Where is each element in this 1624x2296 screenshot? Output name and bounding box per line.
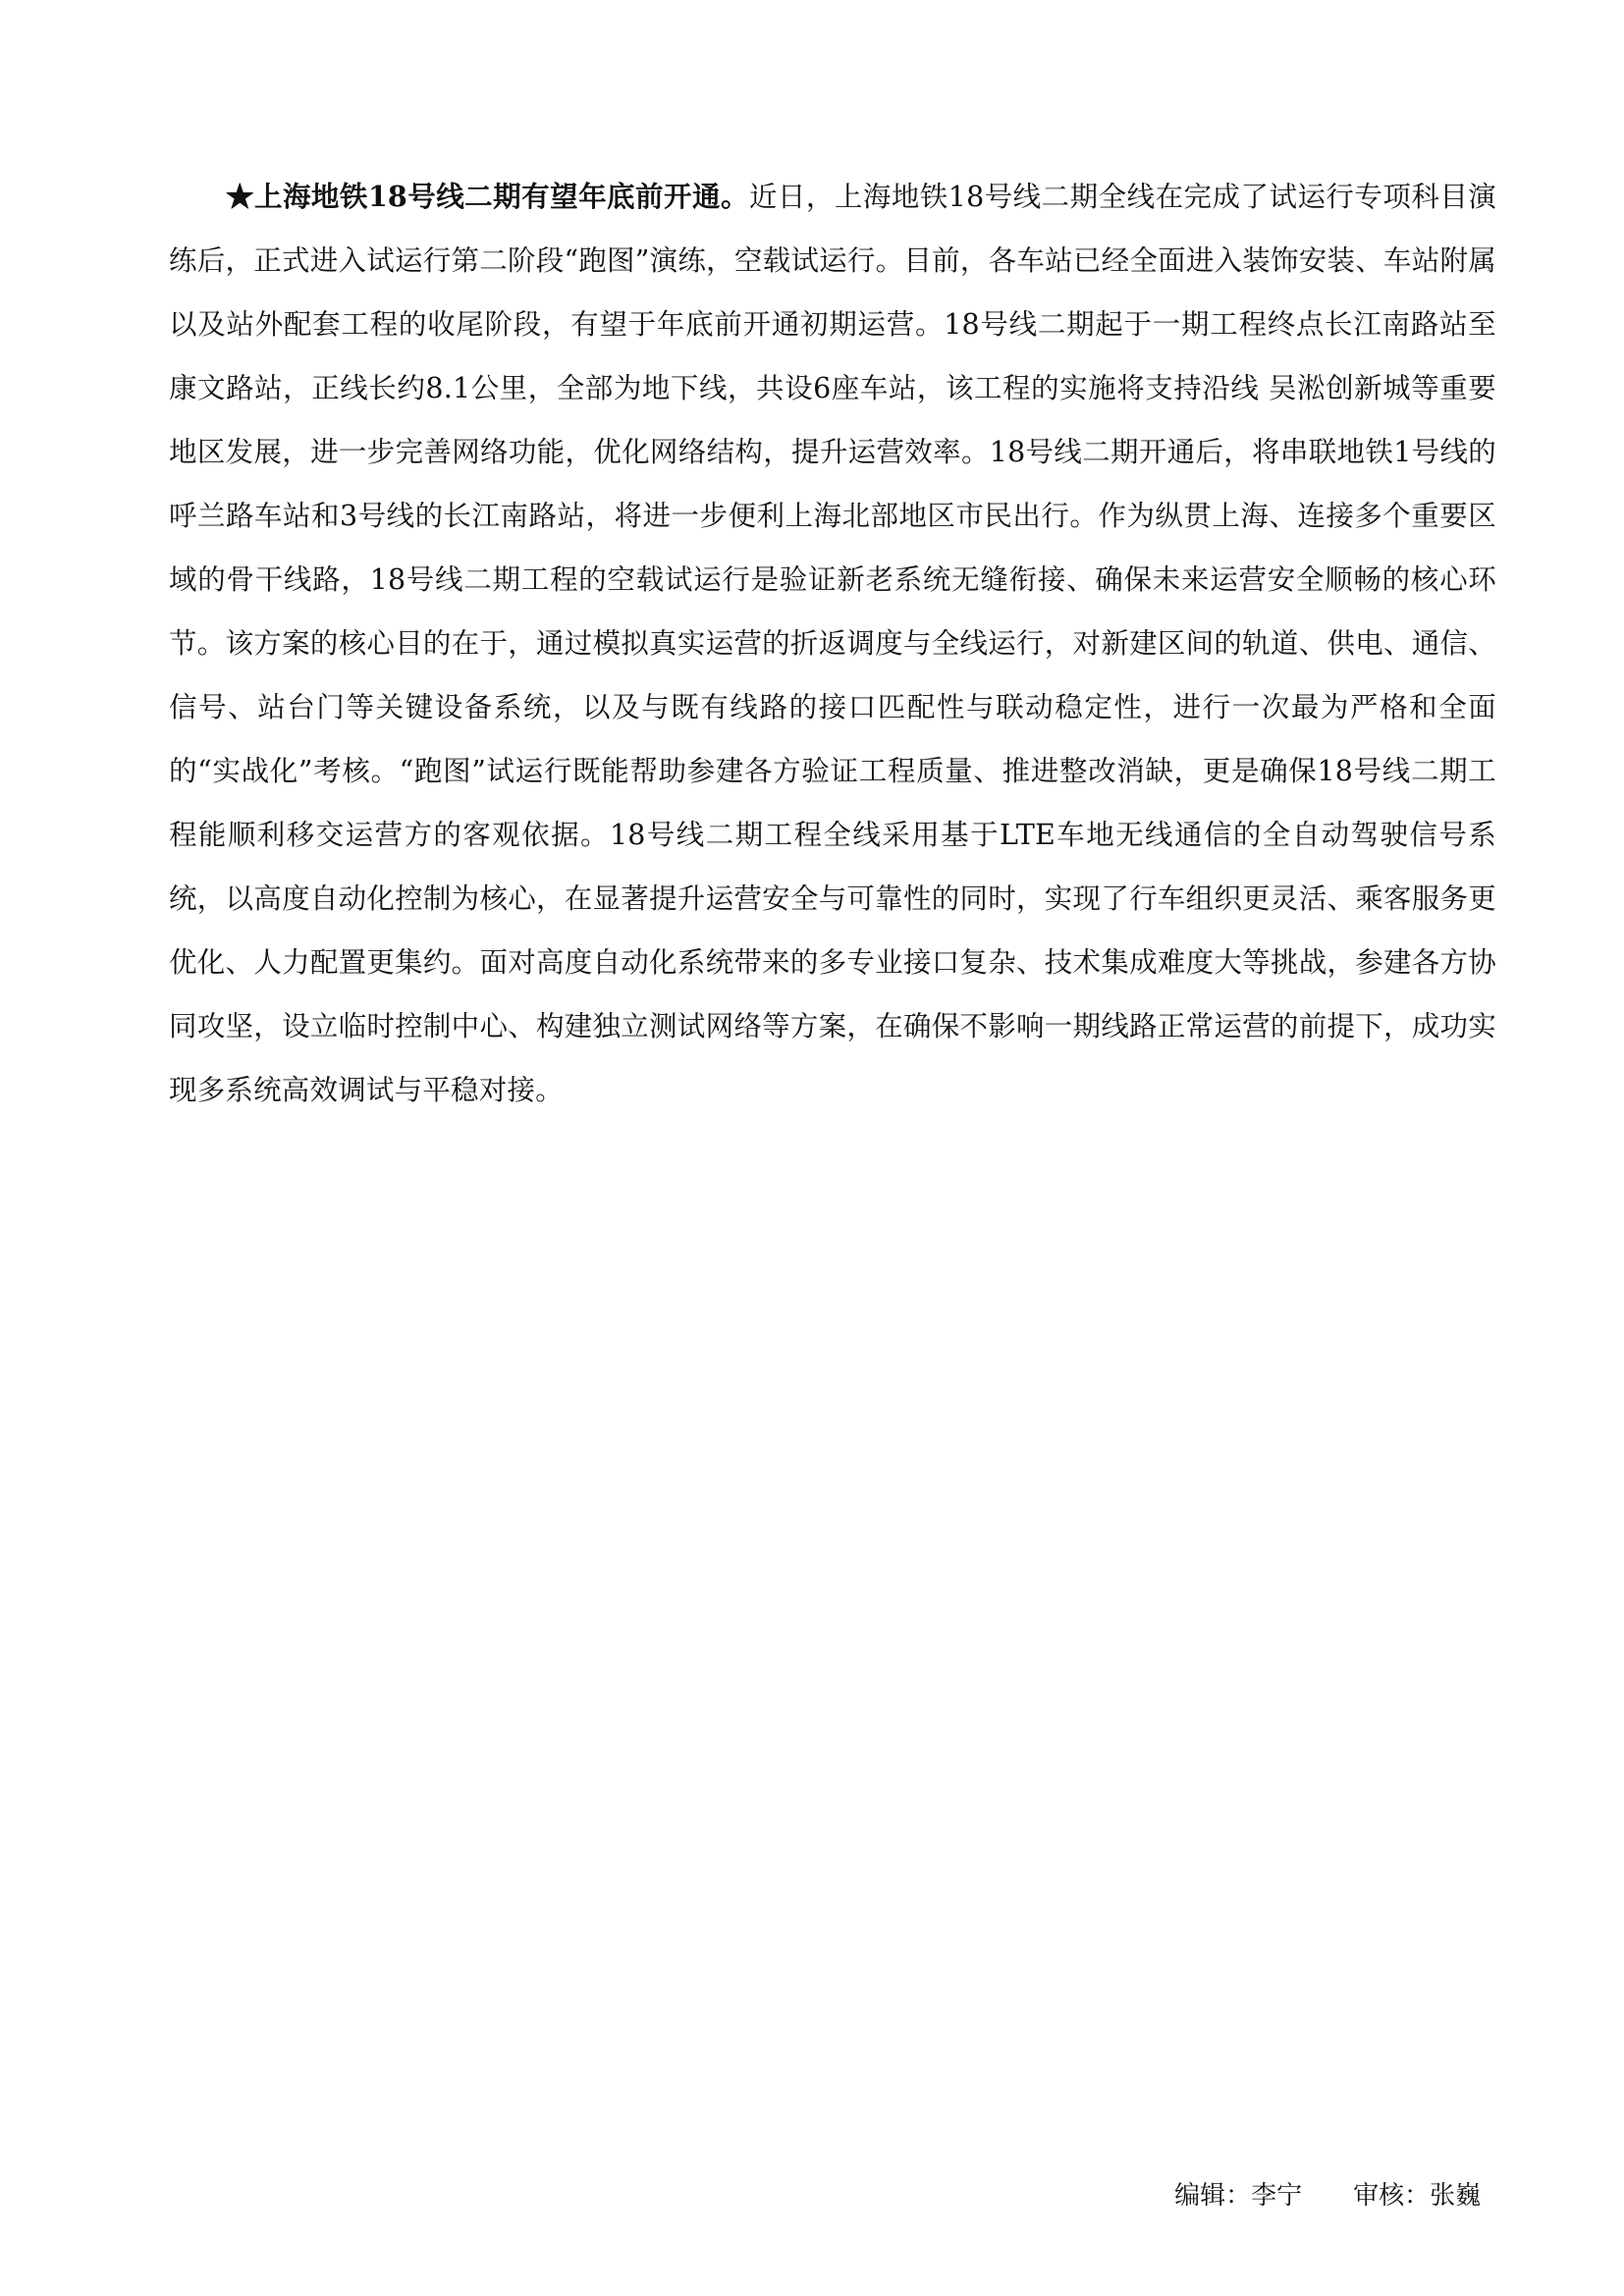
article-body: 近日，上海地铁18号线二期全线在完成了试运行专项科目演练后，正式进入试运行第二阶… [169,181,1496,1106]
reviewer-label: 审核： [1353,2175,1430,2212]
editor-name: 李宁 [1251,2175,1302,2212]
headline: ★上海地铁18号线二期有望年底前开通。 [226,180,749,213]
headline-text: 上海地铁18号线二期有望年底前开通。 [254,180,749,213]
reviewer-name: 张巍 [1430,2175,1481,2212]
credits-footer: 编辑：李宁审核：张巍 [1142,2146,1481,2241]
news-paragraph: ★上海地铁18号线二期有望年底前开通。近日，上海地铁18号线二期全线在完成了试运… [169,165,1496,1122]
editor-label: 编辑： [1174,2175,1251,2212]
star-icon: ★ [226,180,254,213]
document-page: ★上海地铁18号线二期有望年底前开通。近日，上海地铁18号线二期全线在完成了试运… [0,0,1624,2296]
